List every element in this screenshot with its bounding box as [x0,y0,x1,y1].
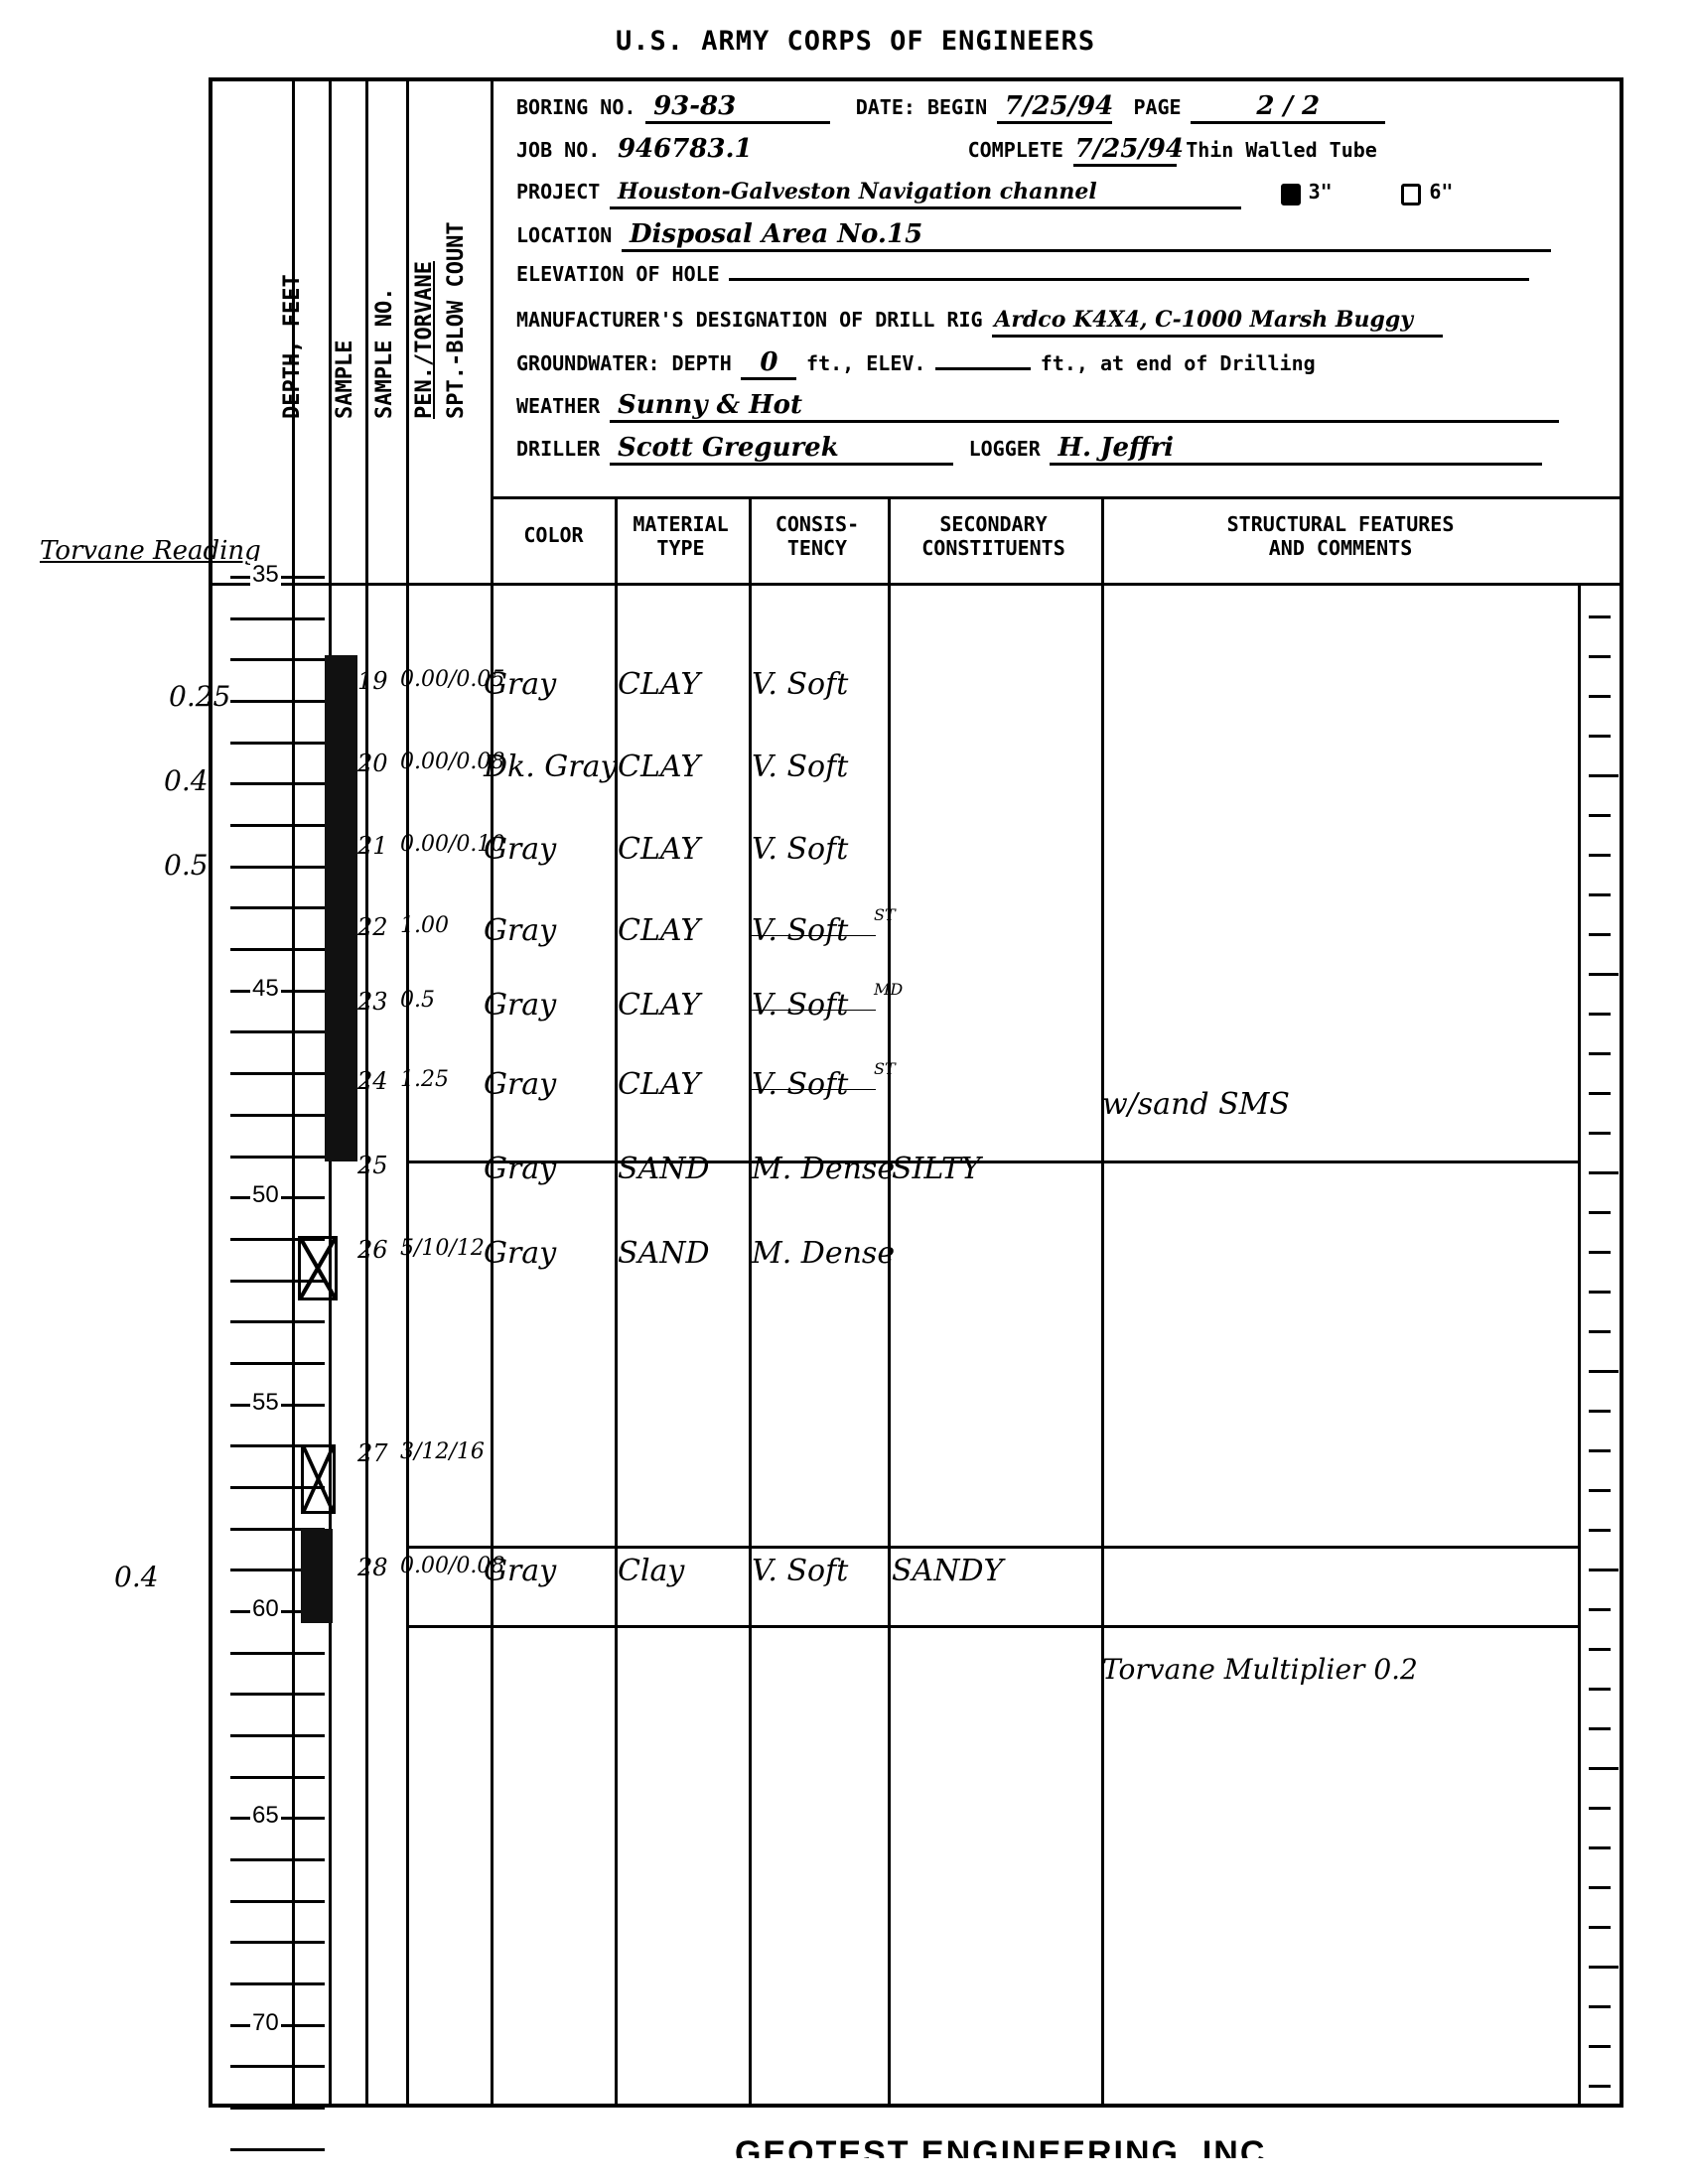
boring-no-value: 93-83 [645,91,830,124]
sample-no-cell: 19 [357,667,388,695]
color-cell: Gray [484,1067,556,1102]
depth-gridline [230,1114,325,1117]
torvane-reading-label: Torvane Reading [40,536,261,566]
consistency-cell: V. Soft [752,913,848,948]
depth-gridline [230,906,325,909]
ruler-tick [1589,1052,1611,1055]
ruler-tick [1589,2045,1611,2048]
elevation-label: ELEVATION OF HOLE [516,262,720,286]
material-cell: CLAY [618,832,700,867]
pen-torvane-cell: 1.25 [400,1067,449,1092]
drill-rig-label: MANUFACTURER'S DESIGNATION OF DRILL RIG [516,308,983,332]
ruler-tick [1589,1132,1611,1135]
col-divider-scale [1578,583,1581,2108]
ruler-tick [1589,2005,1611,2008]
groundwater-unit1: ft., ELEV. [806,351,925,375]
ruler-tick [1589,1291,1611,1294]
sample-tube-19-25 [325,655,357,1161]
secondary-cell: SANDY [892,1554,1003,1588]
col-header-sample-no: SAMPLE NO. [372,288,397,419]
ruler-tick [1589,1688,1611,1691]
col-header-spt: SPT.-BLOW COUNT [444,221,469,419]
ruler-tick [1589,1608,1611,1611]
depth-label: 70 [250,2009,281,2037]
sample-no-cell: 28 [357,1554,388,1581]
ruler-tick [1589,1767,1619,1770]
ruler-tick [1589,1370,1619,1373]
groundwater-depth-value: 0 [741,347,796,380]
consistency-cell: V. Soft [752,988,848,1023]
col-divider-consistency [888,496,891,2108]
col-header-pen-torvane: PEN./TORVANE [412,261,437,419]
sample-no-cell: 21 [357,832,388,860]
job-no-value: 946783.1 [610,134,765,164]
strikethrough [752,1010,876,1011]
torvane-multiplier-note: Torvane Multiplier 0.2 [1102,1653,1418,1686]
col-header-structural: STRUCTURAL FEATURES AND COMMENTS [1102,512,1579,560]
color-cell: Gray [484,1152,556,1186]
depth-gridline [230,1156,325,1159]
consistency-cell: M. Dense [752,1236,895,1271]
ruler-tick [1589,1171,1619,1174]
ruler-tick [1589,1648,1611,1651]
logger-value: H. Jeffri [1050,433,1542,466]
header-row-8: WEATHER Sunny & Hot [516,390,1559,423]
strikethrough [752,935,876,936]
date-begin-label: DATE: BEGIN [856,95,987,119]
ruler-tick [1589,1211,1611,1214]
ruler-tick [1589,1886,1611,1889]
depth-gridline [230,1320,325,1323]
ruler-tick [1589,1489,1611,1492]
depth-gridline [230,824,325,827]
col-divider-material [749,496,752,2108]
header-table-separator [491,496,1623,499]
sample-no-cell: 23 [357,988,388,1016]
consistency-cell: V. Soft [752,667,848,702]
depth-gridline [230,1652,325,1655]
footer-company: GEOTEST ENGINEERING, INC. [735,2134,1278,2158]
ruler-tick [1589,655,1611,658]
checkbox-empty-icon [1401,184,1421,205]
col-header-sample: SAMPLE [333,341,357,419]
color-cell: Dk. Gray [484,750,617,784]
location-value: Disposal Area No.15 [622,219,1551,252]
tube-option-6in[interactable]: 6" [1401,184,1453,203]
depth-gridline [230,2065,325,2068]
ruler-tick [1589,1092,1611,1095]
ruler-tick [1589,735,1611,738]
depth-label: 50 [250,1181,281,1209]
ruler-tick [1589,814,1611,817]
sample-no-cell: 25 [357,1152,388,1179]
elevation-value [729,278,1529,281]
depth-label: 35 [250,561,281,589]
color-cell: Gray [484,988,556,1023]
depth-gridline [230,742,325,745]
depth-label: 45 [250,975,281,1003]
consistency-cell: V. Soft [752,1554,848,1588]
depth-gridline [230,1858,325,1861]
color-cell: Gray [484,1554,556,1588]
color-cell: Gray [484,913,556,948]
color-cell: Gray [484,1236,556,1271]
page-value: 2 / 2 [1191,91,1385,124]
depth-gridline [230,1072,325,1075]
ruler-tick [1589,1569,1619,1571]
ruler-tick [1589,615,1611,618]
sample-no-cell: 20 [357,750,388,777]
col-header-material: MATERIAL TYPE [614,512,748,560]
col-divider-secondary [1101,496,1104,2108]
consistency-correction: ST [874,905,896,924]
header-row-9: DRILLER Scott Gregurek LOGGER H. Jeffri [516,433,1542,466]
ruler-tick [1589,1926,1611,1929]
depth-gridline [230,1693,325,1696]
col-header-consistency: CONSIS- TENCY [748,512,887,560]
sample-split-spoon-27 [301,1444,336,1514]
ruler-tick [1589,774,1619,777]
header-row-3: PROJECT Houston-Galveston Navigation cha… [516,177,1453,209]
depth-gridline [230,2148,325,2151]
material-cell: CLAY [618,913,700,948]
strata-line-50 [406,1160,1578,1163]
checkbox-checked-icon [1281,184,1301,205]
sample-no-cell: 26 [357,1236,388,1264]
color-cell: Gray [484,667,556,702]
sample-no-cell: 27 [357,1439,388,1467]
consistency-correction: ST [874,1059,896,1078]
depth-label: 60 [250,1595,281,1623]
depth-gridline [230,617,325,620]
consistency-cell: M. Dense [752,1152,895,1186]
depth-gridline [230,1030,325,1033]
job-no-label: JOB NO. [516,138,600,162]
pen-torvane-cell: 1.00 [400,913,449,938]
driller-label: DRILLER [516,437,600,461]
tube-type-label: Thin Walled Tube [1186,138,1377,162]
depth-gridline [230,1362,325,1365]
sample-no-cell: 22 [357,913,388,941]
ruler-tick [1589,1807,1611,1810]
location-label: LOCATION [516,223,612,247]
date-begin-value: 7/25/94 [997,91,1112,124]
ruler-tick [1589,1846,1611,1849]
depth-gridline [230,1776,325,1779]
ruler-tick [1589,1251,1611,1254]
col-header-secondary: SECONDARY CONSTITUENTS [887,512,1100,560]
weather-label: WEATHER [516,394,600,418]
boring-no-label: BORING NO. [516,95,635,119]
page-label: PAGE [1133,95,1181,119]
ruler-tick [1589,933,1611,936]
drill-rig-value: Ardco K4X4, C-1000 Marsh Buggy [992,305,1443,338]
ruler-tick [1589,1529,1611,1532]
column-header-bottom [212,583,1623,586]
ruler-tick [1589,1410,1611,1413]
depth-label: 65 [250,1802,281,1830]
depth-gridline [230,658,325,661]
pen-torvane-cell: 0.5 [400,988,435,1013]
depth-gridline [230,2107,325,2110]
col-header-depth: DEPTH, FEET [280,274,305,419]
organization-title: U.S. ARMY CORPS OF ENGINEERS [616,26,1095,57]
consistency-cell: V. Soft [752,750,848,784]
depth-gridline [230,1734,325,1737]
sample-split-spoon-26 [298,1236,338,1300]
material-cell: CLAY [618,988,700,1023]
ruler-tick [1589,854,1611,857]
ruler-tick [1589,2085,1611,2088]
col-header-color: COLOR [492,523,616,547]
header-row-4: LOCATION Disposal Area No.15 [516,219,1551,252]
material-cell: CLAY [618,1067,700,1102]
material-cell: SAND [618,1152,710,1186]
driller-value: Scott Gregurek [610,433,953,466]
date-complete-value: 7/25/94 [1073,134,1177,167]
sample-no-cell: 24 [357,1067,388,1095]
depth-gridline [230,1982,325,1985]
header-row-1: BORING NO. 93-83 DATE: BEGIN 7/25/94 PAG… [516,91,1385,124]
strikethrough [752,1089,876,1090]
tube-option-3in[interactable]: 3" [1281,184,1333,203]
ruler-tick [1589,1013,1611,1016]
ruler-tick [1589,1330,1611,1333]
comment-row-24: w/sand SMS [1102,1087,1290,1122]
secondary-cell: SILTY [892,1152,981,1186]
date-complete-label: COMPLETE [968,138,1063,162]
groundwater-elev-value [935,367,1031,370]
pen-torvane-cell: 3/12/16 [400,1439,485,1464]
consistency-cell: V. Soft [752,832,848,867]
material-cell: CLAY [618,667,700,702]
sample-tube-28 [301,1529,333,1623]
project-value: Houston-Galveston Navigation channel [610,177,1241,209]
torvane-reading-3: 0.5 [164,849,209,882]
header-row-2: JOB NO. 946783.1 COMPLETE 7/25/94 Thin W… [516,134,1377,167]
ruler-tick [1589,1966,1619,1969]
groundwater-depth-label: GROUNDWATER: DEPTH [516,351,732,375]
torvane-reading-1: 0.25 [169,680,230,713]
depth-gridline [230,1941,325,1944]
col-divider-color [615,496,618,2108]
material-cell: SAND [618,1236,710,1271]
pen-torvane-cell: 5/10/12 [400,1236,485,1261]
strata-line-60 [406,1625,1578,1628]
ruler-tick [1589,695,1611,698]
torvane-reading-2: 0.4 [164,764,209,797]
consistency-correction: MD [874,980,903,999]
header-row-6: MANUFACTURER'S DESIGNATION OF DRILL RIG … [516,305,1443,338]
weather-value: Sunny & Hot [610,390,1559,423]
project-label: PROJECT [516,180,600,204]
depth-gridline [230,866,325,869]
col-divider-pen [406,81,409,2108]
ruler-tick [1589,973,1619,976]
material-cell: CLAY [618,750,700,784]
color-cell: Gray [484,832,556,867]
material-cell: Clay [618,1554,684,1588]
depth-gridline [230,948,325,951]
depth-gridline [230,700,325,703]
header-row-5: ELEVATION OF HOLE [516,262,1529,286]
depth-gridline [230,782,325,785]
header-row-7: GROUNDWATER: DEPTH 0 ft., ELEV. ft., at … [516,347,1316,380]
groundwater-unit2: ft., at end of Drilling [1041,351,1316,375]
ruler-tick [1589,1449,1611,1452]
depth-label: 55 [250,1389,281,1417]
strata-line-58 [406,1546,1578,1549]
consistency-cell: V. Soft [752,1067,848,1102]
ruler-tick [1589,893,1611,896]
torvane-reading-4: 0.4 [114,1561,159,1593]
depth-gridline [230,1900,325,1903]
logger-label: LOGGER [969,437,1041,461]
ruler-tick [1589,1727,1611,1730]
